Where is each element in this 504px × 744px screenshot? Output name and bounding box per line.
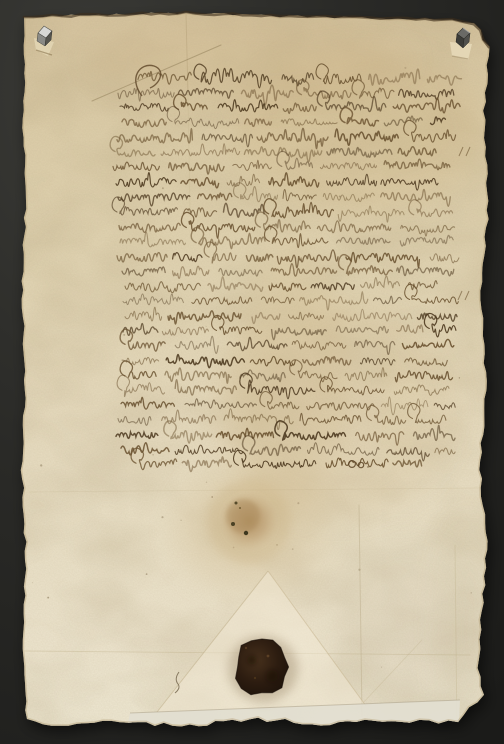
paper-surface <box>0 0 504 744</box>
manuscript-photo <box>0 0 504 744</box>
photograph <box>0 0 504 744</box>
foxing-speck <box>180 520 181 521</box>
foxing-speck <box>297 502 299 504</box>
foxing-speck <box>40 464 42 466</box>
foxing-speck <box>152 454 154 456</box>
foxing-speck <box>381 667 382 668</box>
foxing-speck <box>404 67 406 69</box>
foxing-speck <box>280 404 282 406</box>
foxing-speck <box>146 573 148 575</box>
foxing-speck <box>206 326 207 327</box>
foxing-speck <box>123 334 125 336</box>
foxing-speck <box>206 482 208 484</box>
foxing-speck <box>47 597 49 599</box>
seal-bleed-stain <box>207 480 291 564</box>
foxing-speck <box>459 377 460 378</box>
foxing-speck <box>32 582 33 583</box>
foxing-speck <box>162 187 164 189</box>
wax-seal <box>228 636 298 702</box>
foxing-speck <box>161 516 163 518</box>
foxing-speck <box>292 548 294 550</box>
foxing-speck <box>471 592 472 593</box>
foxing-speck <box>211 496 213 498</box>
